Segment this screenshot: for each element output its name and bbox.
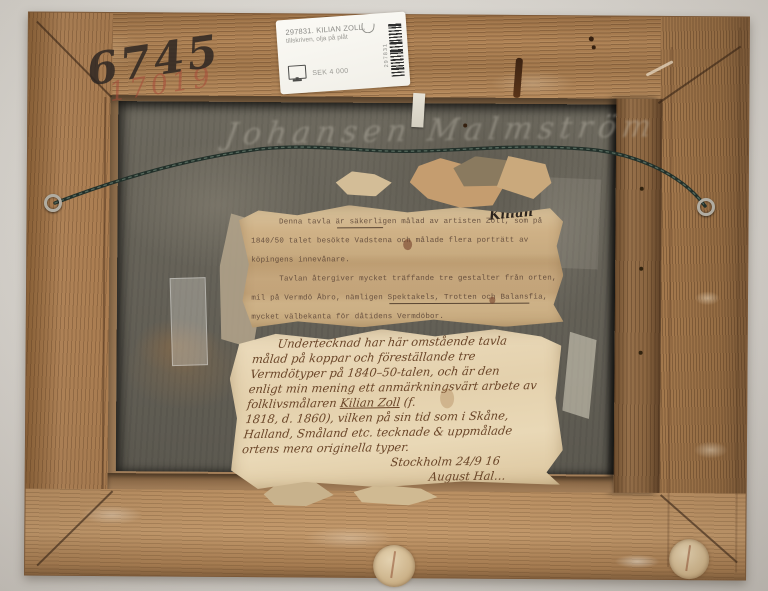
plastic-tab [411,93,425,128]
estimate-price: SEK 4 000 [312,68,349,78]
typed-line: köpingens innevånare. [251,251,551,271]
typed-label-text: Denna tavla är säkerligen målad av artis… [251,213,551,328]
photo-of-painting-reverse: 6745 17019 Johansen Malmström [0,0,768,591]
stain-spot [403,239,412,250]
typed-line: 1840/50 talet besökte Vadstena och målad… [251,232,551,252]
frame-opening: Johansen Malmström Denna tavla är säkerl… [108,95,663,493]
letter-line-part: (f. [399,395,416,409]
stain-spot [440,388,454,408]
wooden-dowel-right [669,539,709,579]
auction-label: 297831. KILIAN ZOLL, tillskriven, olja p… [276,12,411,95]
nail-hole [589,36,594,41]
wooden-dowel-left [373,545,415,587]
letter-text: Undertecknad har här omstående tavla mål… [238,333,558,487]
screw-eye-left [44,194,62,212]
letter-line-underlined-name: Kilian Zoll [340,395,401,410]
typed-line: mil på Vermdö Åbro, nämligen Spektakels,… [251,289,551,309]
typed-underline [337,227,383,228]
handwritten-letter: Undertecknad har här omstående tavla mål… [229,327,563,490]
stain-spot [489,297,495,304]
pen-checkmark-icon [361,23,375,34]
nail-head [639,351,643,355]
screw-eye-right [697,198,715,216]
stretcher-strip [614,99,663,493]
nail-head [639,267,643,271]
letter-line-part: folklivsmålaren [246,396,341,411]
nail-hole [592,45,596,49]
barcode-icon [388,22,405,77]
nail-head [640,187,644,191]
picture-frame: 6745 17019 Johansen Malmström [24,11,750,580]
nail-hole [463,124,467,128]
monitor-icon [288,65,307,80]
typed-provenance-label: Denna tavla är säkerligen målad av artis… [239,205,563,328]
tape-piece [170,277,208,366]
typed-line: Tavlan återgiver mycket träffande tre ge… [251,270,551,290]
